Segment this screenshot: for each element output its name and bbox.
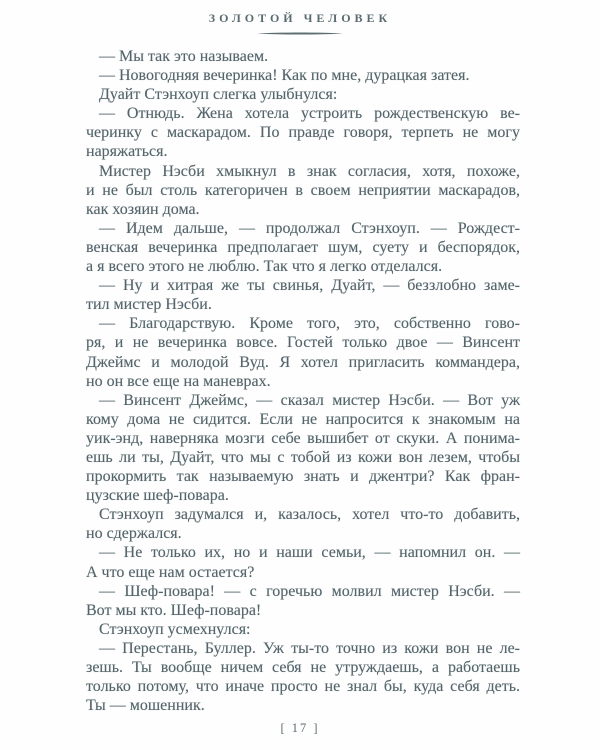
text-line: только потому, что иначе просто не знал … [86,677,520,696]
text-line: ешь ли ты, Дуайт, что мы с тобой из кожи… [86,448,520,467]
text-line: — Благодарствую. Кроме того, это, собств… [86,314,520,333]
text-line: Ты — мошенник. [86,696,520,715]
book-page: ЗОЛОТОЙ ЧЕЛОВЕК — Мы так это называем.— … [0,0,600,750]
text-line: — Идем дальше, — продолжал Стэнхоуп. — Р… [86,219,520,238]
text-line: и не был столь категоричен в своем непри… [86,181,520,200]
text-line: цузские шеф-повара. [86,486,520,505]
text-line: ря, и не вечеринка вовсе. Гостей только … [86,333,520,352]
text-line: уик-энд, наверняка мозги себе вышибет от… [86,429,520,448]
text-line: а я всего этого не люблю. Так что я легк… [86,257,520,276]
text-line: Стэнхоуп усмехнулся: [86,620,520,639]
text-line: — Не только их, но и наши семьи, — напом… [86,543,520,562]
text-line: Дуайт Стэнхоуп слегка улыбнулся: [86,85,520,104]
header-divider-rule [257,31,343,36]
text-line: — Новогодняя вечеринка! Как по мне, дура… [86,66,520,85]
text-line: Джеймс и молодой Вуд. Я хотел пригласить… [86,353,520,372]
text-line: тил мистер Нэсби. [86,295,520,314]
text-line: кому дома не сидится. Если не напросится… [86,410,520,429]
text-line: Стэнхоуп задумался и, казалось, хотел чт… [86,505,520,524]
text-line: венская вечеринка предполагает шум, сует… [86,238,520,257]
text-line: но он все еще на маневрах. [86,372,520,391]
text-line: — Отнюдь. Жена хотела устроить рождестве… [86,104,520,123]
text-block: — Мы так это называем.— Новогодняя вечер… [86,47,520,715]
text-line: Вот мы кто. Шеф-повара! [86,601,520,620]
text-line: — Шеф-повара! — с горечью молвил мистер … [86,582,520,601]
text-line: А что еще нам остается? [86,563,520,582]
running-head: ЗОЛОТОЙ ЧЕЛОВЕК [0,11,600,26]
text-line: — Перестань, Буллер. Уж ты-то точно из к… [86,639,520,658]
page-number: [ 17 ] [0,721,600,736]
text-line: зешь. Ты вообще ничем себя не утруждаешь… [86,658,520,677]
text-line: но сдержался. [86,524,520,543]
text-line: как хозяин дома. [86,200,520,219]
text-line: наряжаться. [86,142,520,161]
text-line: Мистер Нэсби хмыкнул в знак согласия, хо… [86,162,520,181]
text-line: — Винсент Джеймс, — сказал мистер Нэсби.… [86,391,520,410]
text-line: — Мы так это называем. [86,47,520,66]
tapered-rule-graphic [257,31,343,36]
text-line: — Ну и хитрая же ты свинья, Дуайт, — без… [86,276,520,295]
text-line: прокормить так называемую знать и джентр… [86,467,520,486]
text-line: черинку с маскарадом. По правде говоря, … [86,123,520,142]
